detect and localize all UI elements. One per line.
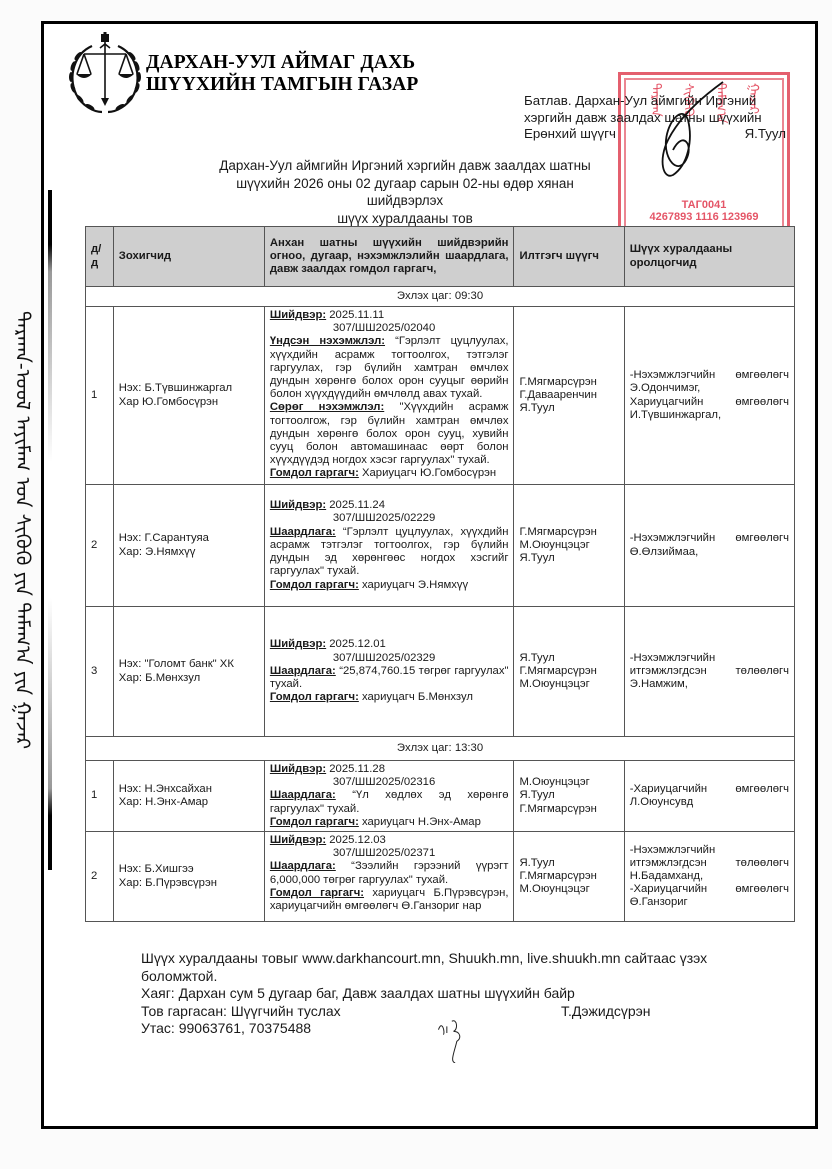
judge-name: Г.Мягмарсүрэн (519, 526, 618, 539)
appeal-label: Гомдол гаргагч: (270, 691, 359, 703)
hearing-participants: -НэхэмжлэгчийнитгэмжлэгдсэнтөлөөлөгчЭ.На… (624, 607, 794, 737)
participant-line: -Нэхэмжлэгчийн (630, 844, 789, 857)
decision-number: 307/ШШ2025/02316 (270, 776, 509, 789)
plaintiff: Нэх: Б.Хишгээ (119, 863, 259, 876)
plaintiff: Нэх: Б.Түвшинжаргал (119, 382, 259, 395)
table-row: 2 Нэх: Г.Сарантуяа Хар: Э.Нямхүү Шийдвэр… (86, 485, 795, 607)
scales-of-justice-wreath-icon (64, 32, 146, 116)
claim-label: Шаардлага: (270, 526, 336, 538)
footer-address: Хаяг: Дархан сум 5 дугаар баг, Давж заал… (141, 985, 791, 1003)
appeal-text: Хариуцагч Ю.Гомбосүрэн (359, 467, 496, 479)
approver-name: Я.Туул (745, 126, 786, 143)
hearing-participants: -НэхэмжлэгчийнөмгөөлөгчӨ.Өлзиймаа, (624, 485, 794, 607)
session-start-time: Эхлэх цаг: 13:30 (86, 737, 795, 761)
judge-name: М.Оюунцэцэг (519, 883, 618, 896)
case-details: Шийдвэр: 2025.11.11 307/ШШ2025/02040 Үнд… (264, 307, 514, 485)
defendant: Хар: Н.Энх-Амар (119, 796, 259, 809)
decision-label: Шийдвэр: (270, 763, 326, 775)
reporting-judges: Г.МягмарсүрэнМ.ОюунцэцэгЯ.Туул (514, 485, 624, 607)
claim-label: Сөрөг нэхэмжлэл: (270, 401, 384, 413)
table-row: 2 Нэх: Б.Хишгээ Хар: Б.Пүрэвсүрэн Шийдвэ… (86, 832, 795, 922)
judge-signature (638, 80, 728, 200)
decision-date: 2025.12.01 (326, 638, 386, 650)
participant-line: Ө.Ганзориг (630, 896, 789, 909)
decision-number: 307/ШШ2025/02329 (270, 652, 509, 665)
appeal-label: Гомдол гаргагч: (270, 579, 359, 591)
decision-label: Шийдвэр: (270, 834, 326, 846)
prepared-by-label: Тов гаргасан: Шүүгчийн туслах (141, 1003, 561, 1021)
judge-name: Г.Мягмарсүрэн (519, 665, 618, 678)
case-details: Шийдвэр: 2025.12.03 307/ШШ2025/02371 Шаа… (264, 832, 514, 922)
decision-number: 307/ШШ2025/02229 (270, 512, 509, 525)
case-number: 1 (86, 761, 114, 832)
hearing-participants: -НэхэмжлэгчийнитгэмжлэгдсэнтөлөөлөгчН.Ба… (624, 832, 794, 922)
participant-line: -Нэхэмжлэгчийнөмгөөлөгч (630, 369, 789, 382)
prepared-by-name: Т.Дэжидсүрэн (561, 1003, 651, 1021)
reporting-judges: Я.ТуулГ.МягмарсүрэнМ.Оюунцэцэг (514, 832, 624, 922)
reporting-judges: М.ОюунцэцэгЯ.ТуулГ.Мягмарсүрэн (514, 761, 624, 832)
claim-label: Шаардлага: (270, 860, 336, 872)
judge-name: Я.Туул (519, 652, 618, 665)
participant-line: Хариуцагчийнөмгөөлөгч (630, 396, 789, 409)
judge-name: Я.Туул (519, 789, 618, 802)
table-row: 1 Нэх: Б.Түвшинжаргал Хар Ю.Гомбосүрэн Ш… (86, 307, 795, 485)
judge-name: Г.Мягмарсүрэн (519, 376, 618, 389)
case-number: 3 (86, 607, 114, 737)
claim-label: Шаардлага: (270, 789, 336, 801)
case-details: Шийдвэр: 2025.11.28 307/ШШ2025/02316 Шаа… (264, 761, 514, 832)
document-title: Дархан-Уул аймгийн Иргэний хэргийн давж … (200, 157, 610, 227)
appeal-text: хариуцагч Э.Нямхүү (359, 579, 468, 591)
judge-name: Я.Туул (519, 402, 618, 415)
claim-label: Үндсэн нэхэмжлэл: (270, 335, 385, 347)
appeal-text: хариуцагч Н.Энх-Амар (359, 816, 481, 828)
case-parties: Нэх: "Голомт банк" ХК Хар: Б.Мөнхзул (113, 607, 264, 737)
case-number: 1 (86, 307, 114, 485)
reporting-judges: Г.МягмарсүрэнГ.ДавааренчинЯ.Туул (514, 307, 624, 485)
judge-name: Г.Давааренчин (519, 389, 618, 402)
plaintiff: Нэх: Г.Сарантуяа (119, 532, 259, 545)
col-header-number: д/ д (86, 227, 114, 287)
hearing-schedule-table: д/ д Зохигчид Анхан шатны шүүхийн шийдвэ… (85, 226, 795, 922)
org-line-2: ШҮҮХИЙН ТАМГЫН ГАЗАР (146, 74, 418, 96)
participant-line: Э.Намжим, (630, 678, 789, 691)
footer-websites-cont: боломжтой. (141, 968, 791, 986)
appeal-label: Гомдол гаргагч: (270, 887, 364, 899)
decision-date: 2025.11.24 (326, 499, 385, 511)
case-parties: Нэх: Н.Энхсайхан Хар: Н.Энх-Амар (113, 761, 264, 832)
judge-name: Я.Туул (519, 552, 618, 565)
decision-date: 2025.12.03 (326, 834, 386, 846)
session-start-row: Эхлэх цаг: 09:30 (86, 287, 795, 307)
appeal-label: Гомдол гаргагч: (270, 467, 359, 479)
org-line-1: ДАРХАН-УУЛ АЙМАГ ДАХЬ (146, 52, 418, 74)
footer: Шүүх хуралдааны товыг www.darkhancourt.m… (141, 950, 791, 1038)
session-start-time: Эхлэх цаг: 09:30 (86, 287, 795, 307)
case-number: 2 (86, 485, 114, 607)
judge-name: М.Оюунцэцэг (519, 539, 618, 552)
participant-line: итгэмжлэгдсэнтөлөөлөгч (630, 857, 789, 870)
col-header-decision: Анхан шатны шүүхийн шийдвэрийн огноо, ду… (264, 227, 514, 287)
participant-line: -Нэхэмжлэгчийн (630, 652, 789, 665)
organization-name: ДАРХАН-УУЛ АЙМАГ ДАХЬ ШҮҮХИЙН ТАМГЫН ГАЗ… (146, 52, 418, 96)
participant-line: Н.Бадамханд, (630, 870, 789, 883)
col-header-judges: Илтгэгч шүүгч (514, 227, 624, 287)
table-row: 3 Нэх: "Голомт банк" ХК Хар: Б.Мөнхзул Ш… (86, 607, 795, 737)
decision-date: 2025.11.11 (326, 309, 384, 321)
participant-line: -Хариуцагчийнөмгөөлөгч (630, 783, 789, 796)
participant-line: итгэмжлэгдсэнтөлөөлөгч (630, 665, 789, 678)
case-parties: Нэх: Г.Сарантуяа Хар: Э.Нямхүү (113, 485, 264, 607)
footer-websites: Шүүх хуралдааны товыг www.darkhancourt.m… (141, 950, 791, 968)
assistant-signature (431, 1013, 481, 1063)
case-details: Шийдвэр: 2025.11.24 307/ШШ2025/02229 Шаа… (264, 485, 514, 607)
decision-label: Шийдвэр: (270, 499, 326, 511)
appeal-text: хариуцагч Б.Мөнхзул (359, 691, 473, 703)
participant-line: -Нэхэмжлэгчийнөмгөөлөгч (630, 532, 789, 545)
col-header-parties: Зохигчид (113, 227, 264, 287)
defendant: Хар: Б.Мөнхзул (119, 672, 259, 685)
judge-name: М.Оюунцэцэг (519, 776, 618, 789)
decorative-bar (48, 190, 52, 870)
decision-number: 307/ШШ2025/02371 (270, 847, 509, 860)
table-header-row: д/ д Зохигчид Анхан шатны шүүхийн шийдвэ… (86, 227, 795, 287)
defendant: Хар: Э.Нямхүү (119, 546, 259, 559)
participant-line: И.Түвшинжаргал, (630, 409, 789, 422)
decision-number: 307/ШШ2025/02040 (270, 322, 509, 335)
mongolian-script-vertical: ᠳᠠᠷᠬᠠᠨ-ᠤᠤᠯ ᠠᠶᠢᠮᠠᠭ ᠤᠨ ᠰᠢᠭᠦᠬᠦ ᠶᠢᠨ ᠲᠠᠮᠠᠭ᠎ᠠ … (8, 190, 38, 870)
claim-label: Шаардлага: (270, 665, 336, 677)
reporting-judges: Я.ТуулГ.МягмарсүрэнМ.Оюунцэцэг (514, 607, 624, 737)
table-row: 1 Нэх: Н.Энхсайхан Хар: Н.Энх-Амар Шийдв… (86, 761, 795, 832)
defendant: Хар Ю.Гомбосүрэн (119, 396, 259, 409)
participant-line: Э.Одончимэг, (630, 382, 789, 395)
defendant: Хар: Б.Пүрэвсүрэн (119, 877, 259, 890)
approver-title: Ерөнхий шүүгч (524, 126, 616, 143)
col-header-participants: Шүүх хуралдааны оролцогчид (624, 227, 794, 287)
case-parties: Нэх: Б.Түвшинжаргал Хар Ю.Гомбосүрэн (113, 307, 264, 485)
stamp-code: ТАГ0041 4267893 1116 123969 (621, 199, 787, 223)
mongolian-script-text: ᠳᠠᠷᠬᠠᠨ-ᠤᠤᠯ ᠠᠶᠢᠮᠠᠭ ᠤᠨ ᠰᠢᠭᠦᠬᠦ ᠶᠢᠨ ᠲᠠᠮᠠᠭ᠎ᠠ … (8, 190, 38, 870)
plaintiff: Нэх: Н.Энхсайхан (119, 783, 259, 796)
plaintiff: Нэх: "Голомт банк" ХК (119, 658, 259, 671)
case-number: 2 (86, 832, 114, 922)
judge-name: М.Оюунцэцэг (519, 678, 618, 691)
judge-name: Г.Мягмарсүрэн (519, 870, 618, 883)
appeal-label: Гомдол гаргагч: (270, 816, 359, 828)
participant-line: Л.Оюунсувд (630, 796, 789, 809)
decision-label: Шийдвэр: (270, 309, 326, 321)
hearing-participants: -НэхэмжлэгчийнөмгөөлөгчЭ.Одончимэг,Хариу… (624, 307, 794, 485)
participant-line: Ө.Өлзиймаа, (630, 546, 789, 559)
case-parties: Нэх: Б.Хишгээ Хар: Б.Пүрэвсүрэн (113, 832, 264, 922)
case-details: Шийдвэр: 2025.12.01 307/ШШ2025/02329 Шаа… (264, 607, 514, 737)
hearing-participants: -ХариуцагчийнөмгөөлөгчЛ.Оюунсувд (624, 761, 794, 832)
participant-line: -Хариуцагчийнөмгөөлөгч (630, 883, 789, 896)
judge-name: Г.Мягмарсүрэн (519, 803, 618, 816)
decision-date: 2025.11.28 (326, 763, 385, 775)
decision-label: Шийдвэр: (270, 638, 326, 650)
judge-name: Я.Туул (519, 857, 618, 870)
session-start-row: Эхлэх цаг: 13:30 (86, 737, 795, 761)
